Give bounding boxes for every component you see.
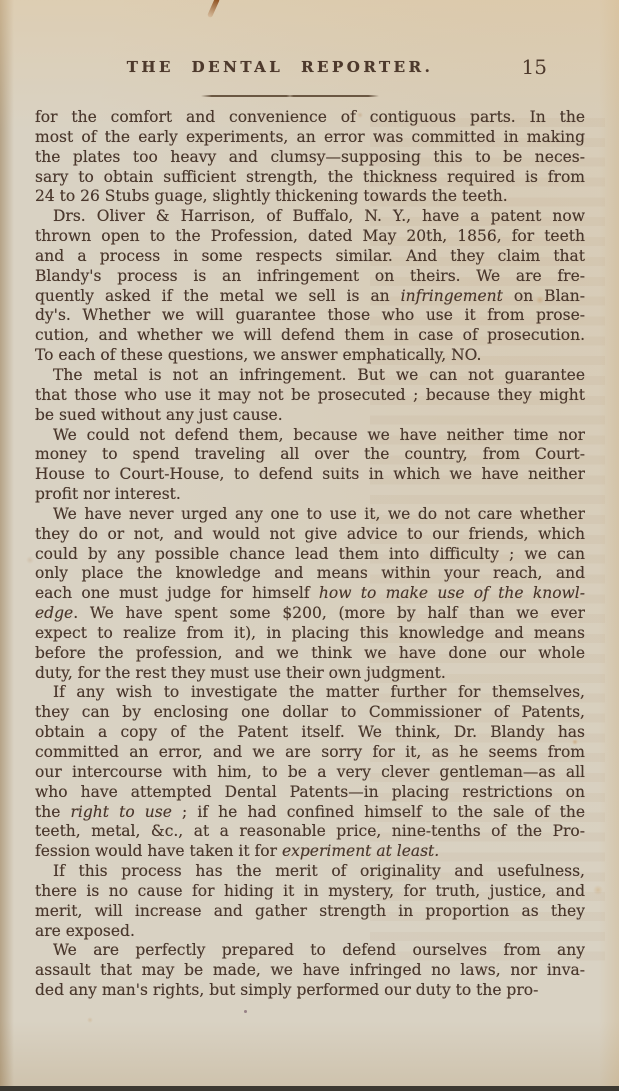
paragraph: Drs. Oliver & Harrison, of Buffalo, N. Y… (35, 207, 585, 366)
header-rule (201, 95, 379, 97)
text-line: merit, will increase and gather strength… (35, 902, 585, 922)
text-line: 24 to 26 Stubs guage, slightly thickenin… (35, 187, 585, 207)
text-line: quently asked if the metal we sell is an… (35, 287, 585, 307)
text-line: teeth, metal, &c., at a reasonable price… (35, 822, 585, 842)
page-number: 15 (522, 55, 547, 79)
paragraph: for the comfort and convenience of conti… (35, 108, 585, 207)
text-line: Blandy's process is an infringement on t… (35, 267, 585, 287)
text-line: be sued without any just cause. (35, 406, 585, 426)
text-line: and a process in some respects similar. … (35, 247, 585, 267)
text-line: We have never urged any one to use it, w… (35, 505, 585, 525)
journal-title: THE DENTAL REPORTER. (35, 58, 525, 76)
text-line: The metal is not an infringement. But we… (35, 366, 585, 386)
text-line: they do or not, and would not give advic… (35, 525, 585, 545)
text-line: each one must judge for himself how to m… (35, 584, 585, 604)
text-line: ded any man's rights, but simply perform… (35, 981, 585, 1001)
text-line: that those who use it may not be prosecu… (35, 386, 585, 406)
scan-bottom-edge (0, 1086, 619, 1091)
paragraph: We have never urged any one to use it, w… (35, 505, 585, 684)
text-line: House to Court-House, to defend suits in… (35, 465, 585, 485)
text-line: To each of these questions, we answer em… (35, 346, 585, 366)
text-line: they can by enclosing one dollar to Comm… (35, 703, 585, 723)
paragraph: If any wish to investigate the matter fu… (35, 683, 585, 862)
text-line: the right to use ; if he had confined hi… (35, 803, 585, 823)
text-line: If this process has the merit of origina… (35, 862, 585, 882)
text-line: only place the knowledge and means withi… (35, 564, 585, 584)
text-line: edge. We have spent some $200, (more by … (35, 604, 585, 624)
text-line: Drs. Oliver & Harrison, of Buffalo, N. Y… (35, 207, 585, 227)
text-line: We are perfectly prepared to defend ours… (35, 941, 585, 961)
text-line: assault that may be made, we have infrin… (35, 961, 585, 981)
text-line: duty, for the rest they must use their o… (35, 664, 585, 684)
text-line: expect to realize from it), in placing t… (35, 624, 585, 644)
text-line: obtain a copy of the Patent itself. We t… (35, 723, 585, 743)
text-line: If any wish to investigate the matter fu… (35, 683, 585, 703)
text-line: money to spend traveling all over the co… (35, 445, 585, 465)
text-line: the plates too heavy and clumsy—supposin… (35, 148, 585, 168)
text-line: fession would have taken it for experime… (35, 842, 585, 862)
text-line: dy's. Whether we will guarantee those wh… (35, 306, 585, 326)
text-line: thrown open to the Profession, dated May… (35, 227, 585, 247)
text-line: there is no cause for hiding it in myste… (35, 882, 585, 902)
text-line: We could not defend them, because we hav… (35, 426, 585, 446)
text-line: are exposed. (35, 922, 585, 942)
text-line: for the comfort and convenience of conti… (35, 108, 585, 128)
text-line: cution, and whether we will defend them … (35, 326, 585, 346)
paragraph: The metal is not an infringement. But we… (35, 366, 585, 426)
text-line: most of the early experiments, an error … (35, 128, 585, 148)
page-header: THE DENTAL REPORTER. 15 (35, 58, 585, 84)
text-line: sary to obtain sufficient strength, the … (35, 168, 585, 188)
text-line: before the profession, and we think we h… (35, 644, 585, 664)
text-line: who have attempted Dental Patents—in pla… (35, 783, 585, 803)
text-line: could by any possible chance lead them i… (35, 545, 585, 565)
text-line: committed an error, and we are sorry for… (35, 743, 585, 763)
text-line: our intercourse with him, to be a very c… (35, 763, 585, 783)
scanned-book-page: THE DENTAL REPORTER. 15 for the comfort … (0, 0, 619, 1091)
text-line: profit nor interest. (35, 485, 585, 505)
paragraph: We could not defend them, because we hav… (35, 426, 585, 505)
paragraph: We are perfectly prepared to defend ours… (35, 941, 585, 1001)
ink-stain (207, 0, 220, 18)
paragraph: If this process has the merit of origina… (35, 862, 585, 941)
speck (244, 1010, 247, 1013)
page-body: for the comfort and convenience of conti… (35, 108, 585, 1001)
